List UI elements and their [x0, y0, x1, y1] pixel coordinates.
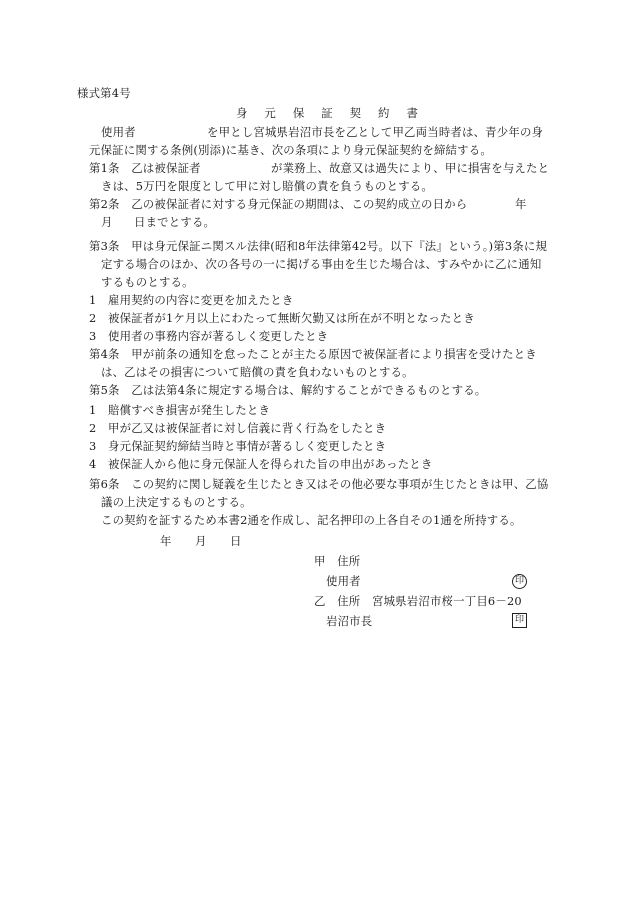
party-b-address-label: 乙 住所 [314, 594, 360, 608]
article-2-year: 年 [515, 197, 527, 211]
article-5-text: 第5条 乙は法第4条に規定する場合は、解約することができるものとする。 [89, 383, 486, 397]
article-1-text: が業務上、故意又は過失により、甲に損害を与えたと [271, 161, 549, 175]
title-char: 身 [236, 106, 247, 120]
date-day: 日 [230, 534, 242, 548]
article-3-item: 3 使用者の事務内容が著るしく変更したとき [89, 329, 328, 343]
document-title: 身元保証契約書 [236, 106, 435, 120]
article-6-text: 第6条 この契約に関し疑義を生じたとき又はその他必要な事項が生じたときは甲、乙協 [89, 477, 548, 491]
date-month: 月 [195, 534, 207, 548]
seal-square-icon: 印 [512, 613, 527, 628]
article-5-item: 3 身元保証契約締結当時と事情が著るしく変更したとき [89, 439, 386, 453]
article-3-item: 1 雇用契約の内容に変更を加えたとき [89, 293, 294, 307]
article-3-text: 定する場合のほか、次の各号の一に掲げる事由を生じた場合は、すみやかに乙に通知 [101, 257, 541, 271]
party-b-address: 宮城県岩沼市桜一丁目6－20 [372, 594, 522, 608]
article-6-text: 議の上決定するものとする。 [101, 495, 252, 509]
title-char: 約 [378, 106, 389, 120]
party-a-role: 使用者 [326, 574, 361, 588]
article-4-text: は、乙はその損害について賠償の責を負わないものとする。 [101, 365, 414, 379]
party-a-address-label: 甲 住所 [314, 554, 360, 568]
preamble-text: 元保証に関する条例(別添)に基き、次の条項により身元保証契約を締結する。 [89, 143, 492, 157]
document-page: 様式第4号 身元保証契約書 使用者 を甲とし宮城県岩沼市長を乙として甲乙両当時者… [0, 0, 630, 915]
title-char: 契 [350, 106, 361, 120]
article-2-text: 第2条 乙の被保証者に対する身元保証の期間は、この契約成立の日から [89, 197, 467, 211]
article-5-item: 2 甲が乙又は被保証者に対し信義に背く行為をしたとき [89, 421, 386, 435]
article-1-text: きは、5万円を限度として甲に対し賠償の責を負うものとする。 [101, 179, 433, 193]
closing-statement: この契約を証するため本書2通を作成し、記名押印の上各自その1通を所持する。 [101, 513, 522, 527]
title-char: 保 [293, 106, 304, 120]
article-2-day-text: 日までとする。 [134, 215, 215, 229]
form-number: 様式第4号 [77, 86, 131, 100]
seal-circle-icon: 印 [512, 574, 527, 589]
article-3-item: 2 被保証者が1ケ月以上にわたって無断欠勤又は所在が不明となったとき [89, 311, 475, 325]
title-char: 書 [406, 106, 417, 120]
article-2-month: 月 [101, 215, 113, 229]
article-3-text: 第3条 甲は身元保証ニ関スル法律(昭和8年法律第42号。以下『法』という。)第3… [89, 239, 547, 253]
party-b-role: 岩沼市長 [326, 614, 372, 628]
title-char: 元 [264, 106, 275, 120]
article-5-item: 4 被保証人から他に身元保証人を得られた旨の申出があったとき [89, 457, 432, 471]
title-char: 証 [321, 106, 332, 120]
article-4-text: 第4条 甲が前条の通知を怠ったことが主たる原因で被保証者により損害を受けたとき [89, 347, 537, 361]
date-year: 年 [160, 534, 172, 548]
preamble-text: を甲とし宮城県岩沼市長を乙として甲乙両当時者は、青少年の身 [207, 125, 543, 139]
article-5-item: 1 賠償すべき損害が発生したとき [89, 403, 270, 417]
article-1-heading: 第1条 乙は被保証者 [89, 161, 201, 175]
preamble-employer-label: 使用者 [101, 125, 136, 139]
article-3-text: するものとする。 [101, 275, 194, 289]
